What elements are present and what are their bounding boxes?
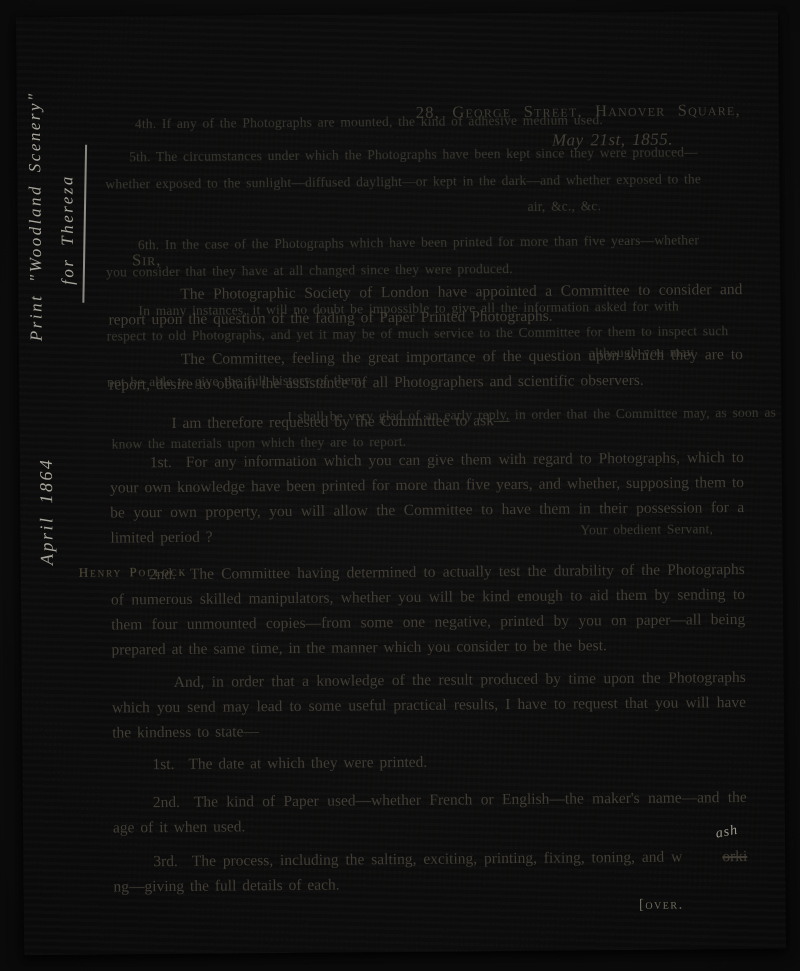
item-number: 2nd. <box>153 794 180 811</box>
letter-page: 4th. If any of the Photographs are mount… <box>16 11 786 956</box>
item-text-prefix: The process, including the salting, exci… <box>192 849 683 870</box>
paragraph-appointed-committee: The Photographic Society of London have … <box>108 277 742 333</box>
question-item-3: 3rd.The process, including the salting, … <box>113 844 747 900</box>
margin-date-note: April 1864 <box>36 457 58 565</box>
item-number: 1st. <box>150 454 172 471</box>
question-item-2: 2nd.The kind of Paper used—whether Frenc… <box>113 785 747 841</box>
item-text: The date at which they were printed. <box>188 754 427 773</box>
request-item-2: 2nd.The Committee having determined to a… <box>111 557 746 663</box>
struck-letters: orki <box>722 848 747 865</box>
margin-inscription-line-1: Print "Woodland Scenery" <box>25 91 47 341</box>
margin-inscription-flourish <box>82 145 86 303</box>
ask-line: I am therefore requested by the Committe… <box>109 406 743 437</box>
item-text-suffix: ng—giving the full details of each. <box>113 877 339 896</box>
item-text: The Committee having determined to actua… <box>111 561 745 659</box>
letter-body: 28, George Street, Hanover Square, May 2… <box>106 11 748 922</box>
request-item-1: 1st.For any information which you can gi… <box>110 445 745 551</box>
item-number: 1st. <box>152 756 174 773</box>
question-item-1: 1st.The date at which they were printed. <box>112 747 746 778</box>
item-text: The kind of Paper used—whether French or… <box>113 789 747 837</box>
strikethrough-word: orkiash <box>682 844 747 870</box>
letterhead: 28, George Street, Hanover Square, May 2… <box>107 95 741 159</box>
paragraph-committee-assistance: The Committee, feeling the great importa… <box>109 342 743 398</box>
item-text: For any information which you can give t… <box>110 449 744 547</box>
letterhead-date: May 21st, 1855. <box>107 124 741 159</box>
salutation: Sir, <box>108 242 742 273</box>
item-number: 2nd. <box>149 566 176 583</box>
paragraph-request-to-state: And, in order that a knowledge of the re… <box>112 665 747 746</box>
margin-inscription-line-2: for Thereza <box>57 174 78 285</box>
item-number: 3rd. <box>153 853 178 870</box>
